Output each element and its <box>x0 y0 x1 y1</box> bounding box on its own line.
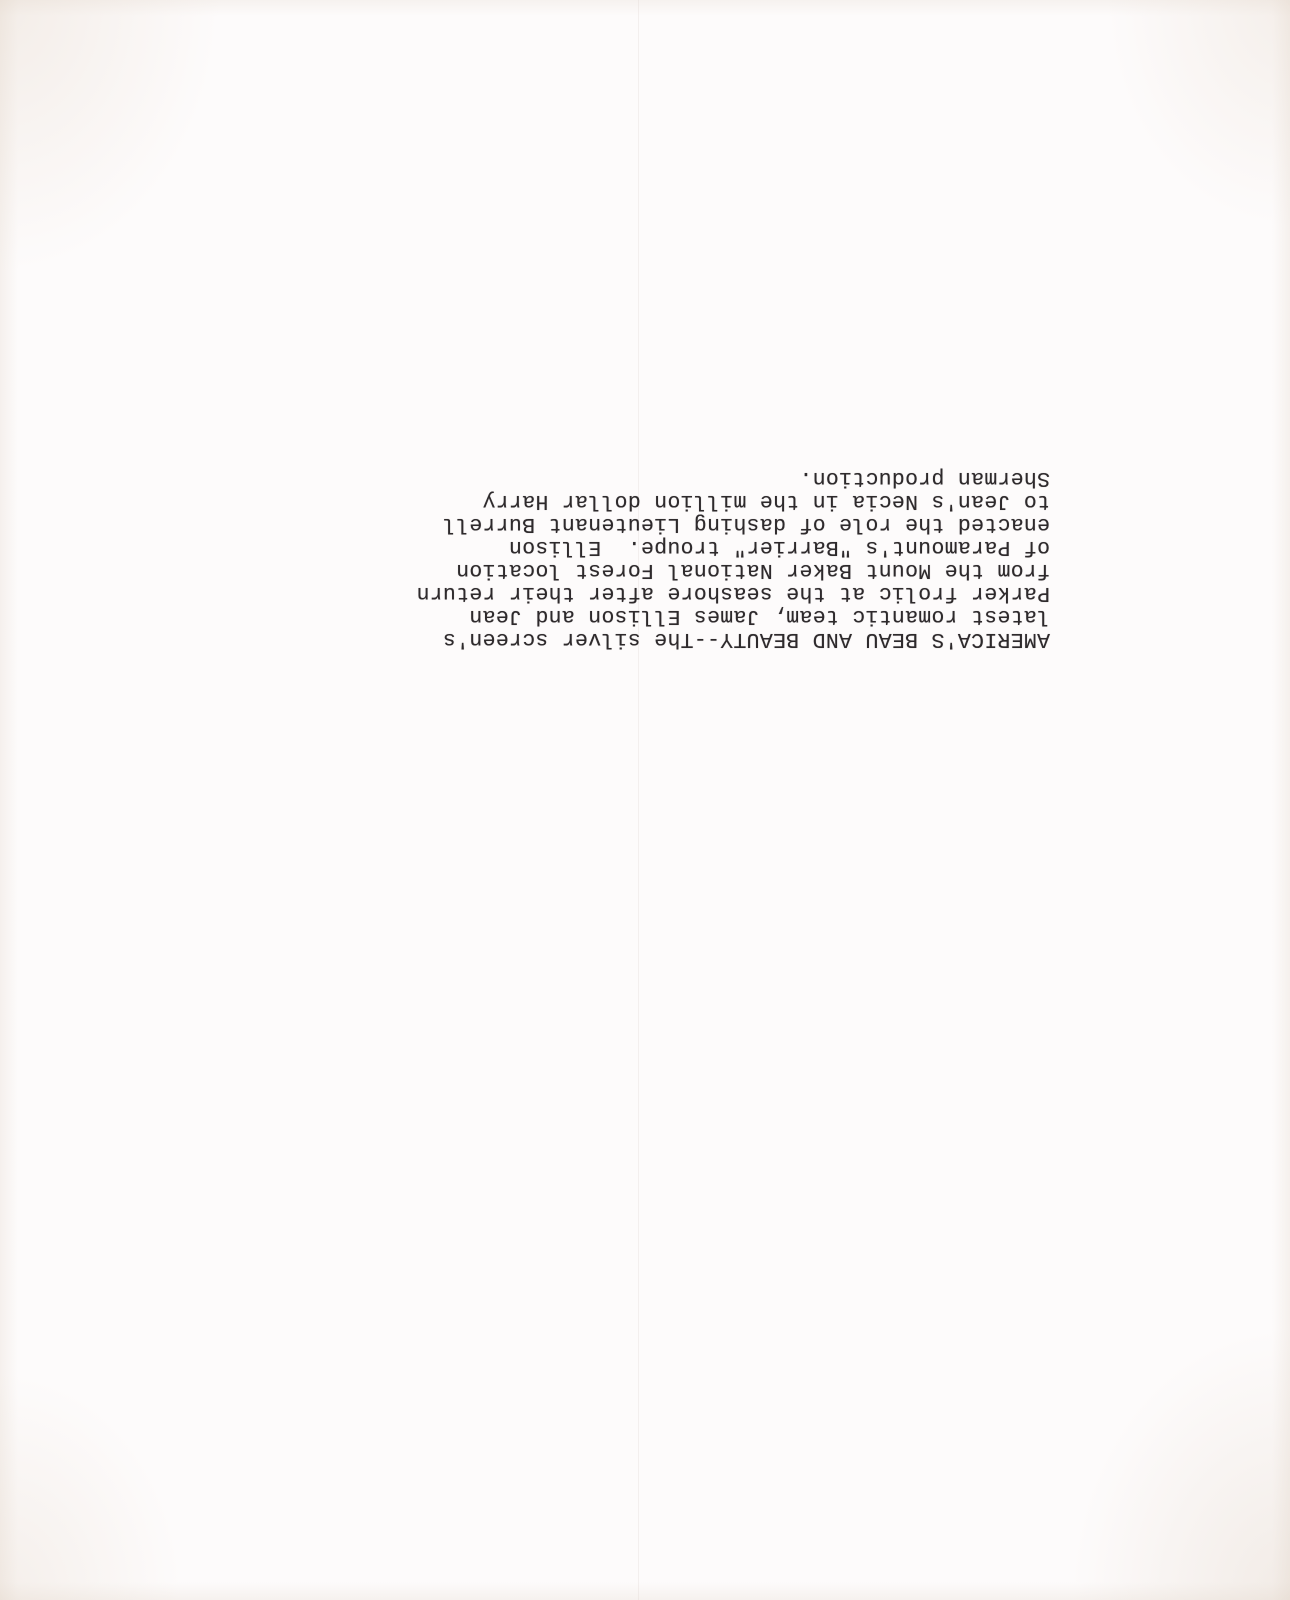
paper-background <box>0 0 1290 1600</box>
caption-line-5: of Paramount's "Barrier" troupe. Ellison <box>300 535 1050 558</box>
paper-fold-line <box>638 0 639 1600</box>
caption-line-8: Sherman production. <box>300 466 1050 489</box>
caption-line-2: latest romantic team, James Ellison and … <box>300 604 1050 627</box>
caption-line-4: from the Mount Baker National Forest loc… <box>300 558 1050 581</box>
caption-line-3: Parker frolic at the seashore after thei… <box>300 581 1050 604</box>
bleed-through-marks <box>518 290 748 310</box>
caption-line-7: to Jean's Necia in the million dollar Ha… <box>300 489 1050 512</box>
typewritten-caption: AMERICA'S BEAU AND BEAUTY--The silver sc… <box>300 466 1050 650</box>
caption-line-1: AMERICA'S BEAU AND BEAUTY--The silver sc… <box>300 627 1050 650</box>
caption-line-6: enacted the role of dashing Lieutenant B… <box>300 512 1050 535</box>
